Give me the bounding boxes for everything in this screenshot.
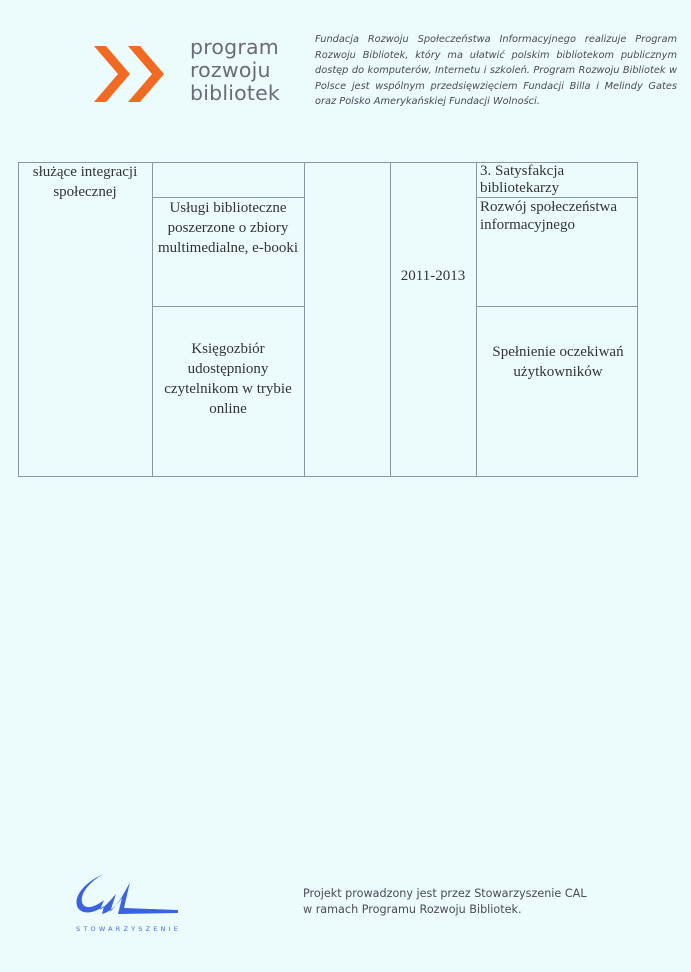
cal-logo-caption: STOWARZYSZENIE	[76, 925, 181, 933]
logo-line-3: bibliotek	[190, 82, 280, 105]
program-rozwoju-bibliotek-logo: program rozwoju bibliotek	[94, 40, 294, 110]
table-cell-col2-row2: Usługi biblioteczne poszerzone o zbiory …	[158, 198, 298, 258]
table-border-right	[637, 162, 638, 477]
stowarzyszenie-cal-logo: STOWARZYSZENIE	[74, 870, 184, 940]
col-divider-1	[152, 162, 153, 477]
col5-row-divider-2	[476, 306, 638, 307]
cal-logo-icon	[74, 870, 184, 925]
col-divider-4	[476, 162, 477, 477]
col2-row-divider-2	[152, 306, 304, 307]
foundation-intro-text: Fundacja Rozwoju Społeczeństwa Informacy…	[315, 32, 677, 110]
col-divider-2	[304, 162, 305, 477]
footer-text-line-2: w ramach Programu Rozwoju Bibliotek.	[303, 902, 587, 918]
col-divider-3	[390, 162, 391, 477]
table-border-bottom	[18, 476, 638, 477]
table-cell-col5-row3: Spełnienie oczekiwań użytkowników	[480, 342, 636, 382]
table-cell-col2-row3: Księgozbiór udostępniony czytelnikom w t…	[158, 339, 298, 419]
footer-text-line-1: Projekt prowadzony jest przez Stowarzysz…	[303, 886, 587, 902]
table-cell-col5-row2: Rozwój społeczeństwa informacyjnego	[480, 198, 636, 234]
logo-wordmark: program rozwoju bibliotek	[190, 36, 280, 105]
table-cell-col5-row1: 3. Satysfakcja bibliotekarzy	[480, 162, 636, 197]
logo-line-1: program	[190, 36, 280, 59]
logo-line-2: rozwoju	[190, 59, 280, 82]
table-cell-period: 2011-2013	[392, 266, 474, 286]
double-chevron-icon	[94, 44, 164, 104]
footer-text: Projekt prowadzony jest przez Stowarzysz…	[303, 886, 587, 918]
table-cell-col1: służące integracji społecznej	[20, 162, 150, 202]
table-border-left	[18, 162, 19, 477]
